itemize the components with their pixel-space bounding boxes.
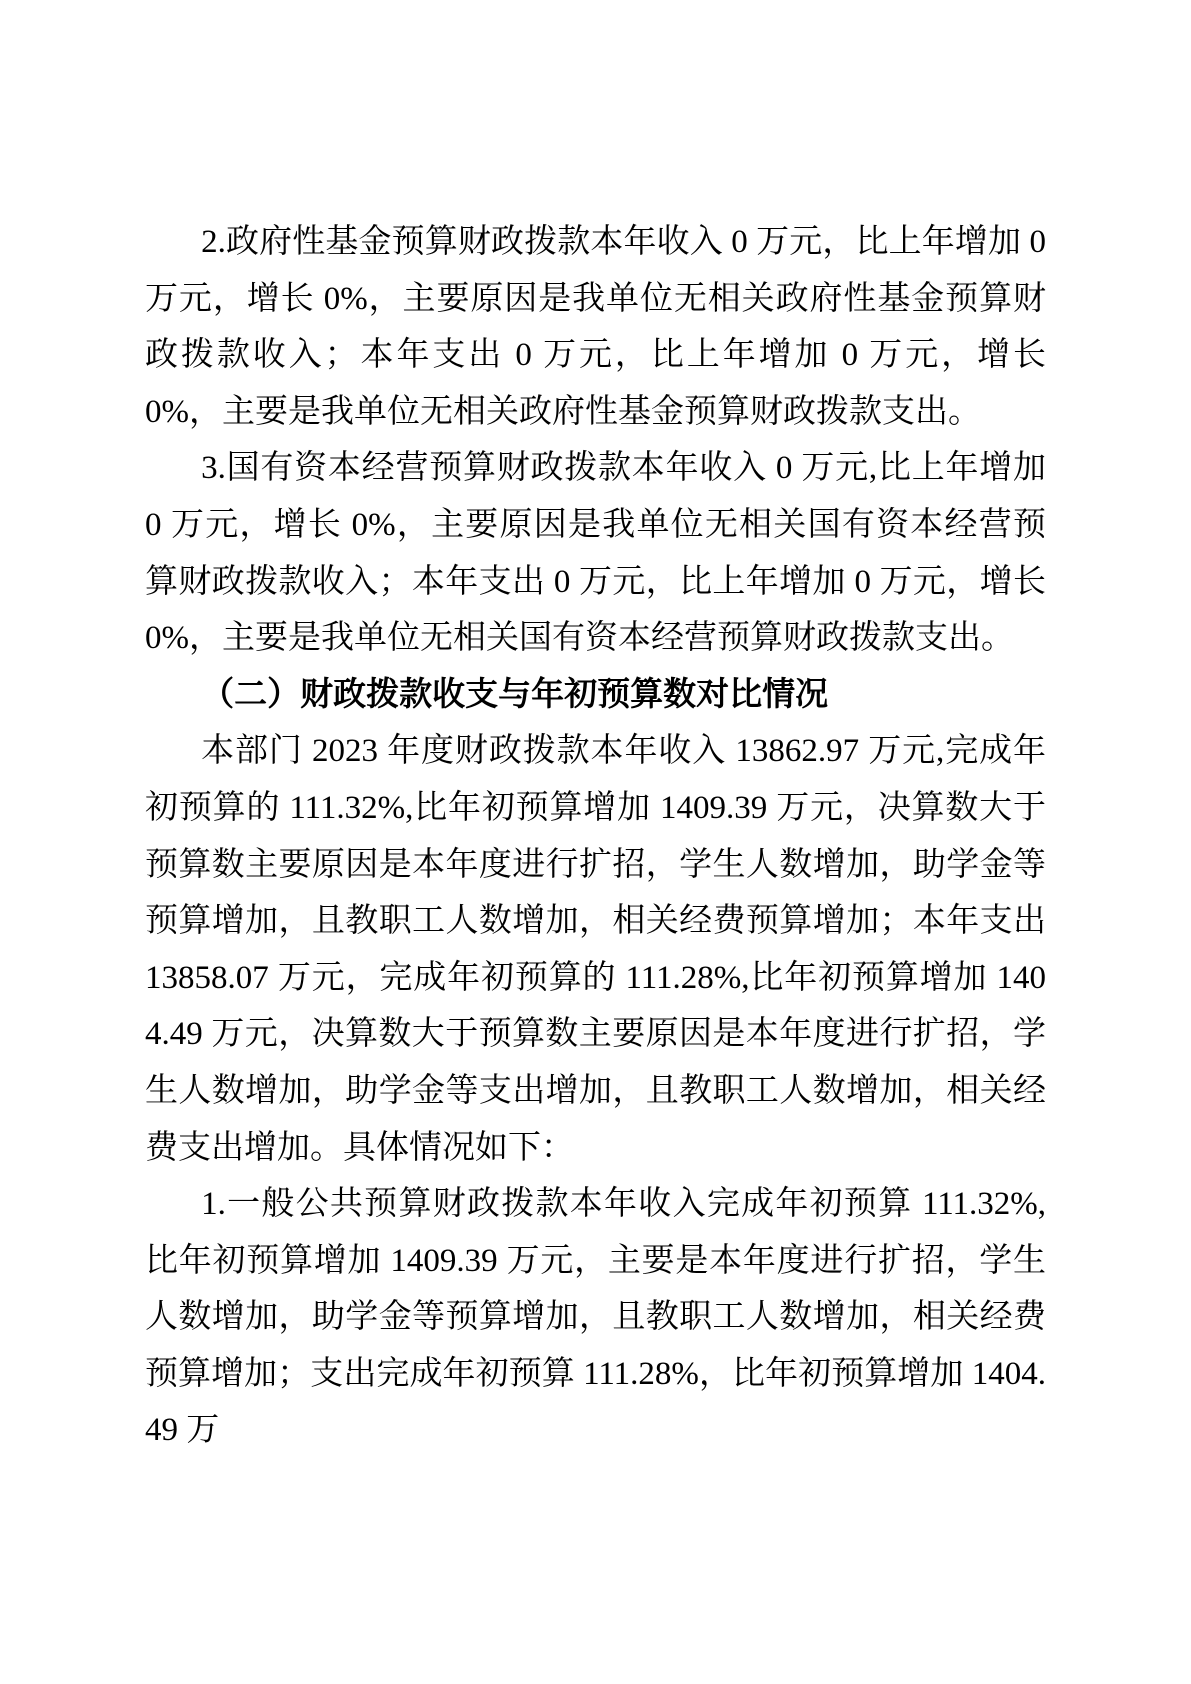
paragraph-state-capital-budget: 3.国有资本经营预算财政拨款本年收入 0 万元,比上年增加 0 万元，增长 0%… — [145, 440, 1046, 666]
page-text-content: 2.政府性基金预算财政拨款本年收入 0 万元，比上年增加 0 万元，增长 0%，… — [145, 214, 1046, 1459]
paragraph-budget-vs-final-overview: 本部门 2023 年度财政拨款本年收入 13862.97 万元,完成年初预算的 … — [145, 723, 1046, 1176]
section-heading-budget-comparison: （二）财政拨款收支与年初预算数对比情况 — [145, 667, 1046, 724]
document-page: 2.政府性基金预算财政拨款本年收入 0 万元，比上年增加 0 万元，增长 0%，… — [0, 0, 1191, 1684]
paragraph-general-public-budget-detail: 1.一般公共预算财政拨款本年收入完成年初预算 111.32%,比年初预算增加 1… — [145, 1176, 1046, 1459]
paragraph-gov-fund-budget: 2.政府性基金预算财政拨款本年收入 0 万元，比上年增加 0 万元，增长 0%，… — [145, 214, 1046, 440]
